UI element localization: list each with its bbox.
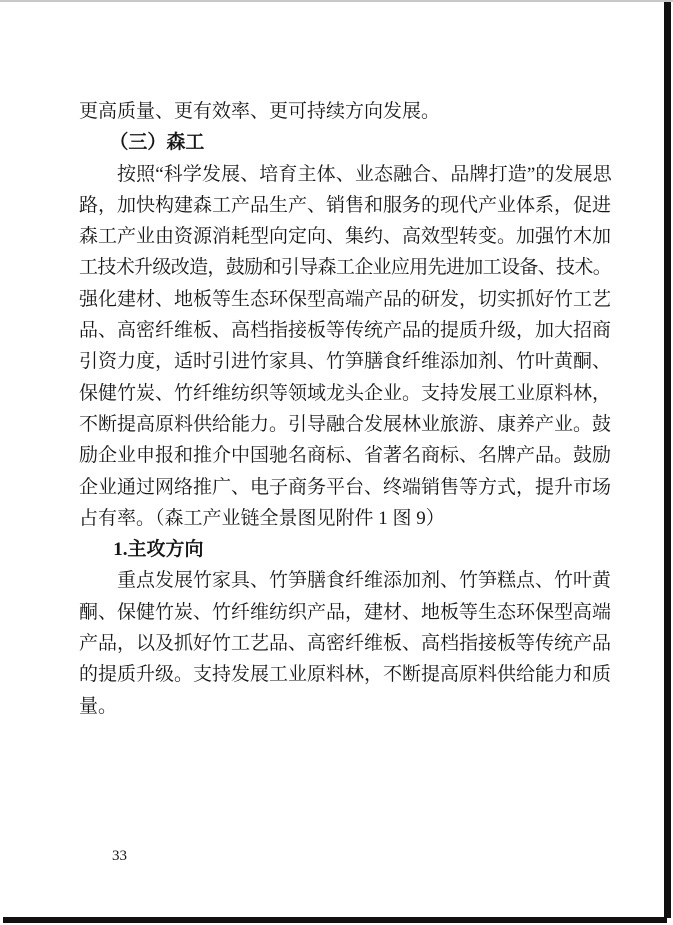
text-line: 强化建材、地板等生态环保型高端产品的研发，切实抓好竹工艺 — [79, 284, 611, 315]
scan-edge-right — [664, 2, 671, 918]
text-line: 保健竹炭、竹纤维纺织等领域龙头企业。支持发展工业原料林， — [79, 378, 611, 409]
page-number: 33 — [112, 846, 127, 866]
document-page: 更高质量、更有效率、更可持续方向发展。（三）森工按照“科学发展、培育主体、业态融… — [0, 0, 673, 925]
text-line: 更高质量、更有效率、更可持续方向发展。 — [79, 96, 611, 127]
text-block: 更高质量、更有效率、更可持续方向发展。（三）森工按照“科学发展、培育主体、业态融… — [79, 96, 611, 722]
text-line: 量。 — [79, 691, 611, 722]
scan-edge-top — [0, 0, 673, 2]
text-line: 工技术升级改造，鼓励和引导森工企业应用先进加工设备、技术。 — [79, 252, 611, 283]
scan-edge-bottom — [3, 917, 667, 923]
text-line: 引资力度，适时引进竹家具、竹笋膳食纤维添加剂、竹叶黄酮、 — [79, 346, 611, 377]
section-heading: （三）森工 — [79, 127, 611, 158]
text-line: 产品，以及抓好竹工艺品、高密纤维板、高档指接板等传统产品 — [79, 628, 611, 659]
text-line: 励企业申报和推介中国驰名商标、省著名商标、名牌产品。鼓励 — [79, 440, 611, 471]
section-heading: 1.主攻方向 — [79, 534, 611, 565]
text-line: 占有率。（森工产业链全景图见附件 1 图 9） — [79, 503, 611, 534]
text-line: 按照“科学发展、培育主体、业态融合、品牌打造”的发展思 — [79, 159, 611, 190]
text-line: 路，加快构建森工产品生产、销售和服务的现代产业体系，促进 — [79, 190, 611, 221]
text-line: 不断提高原料供给能力。引导融合发展林业旅游、康养产业。鼓 — [79, 409, 611, 440]
text-line: 的提质升级。支持发展工业原料林，不断提高原料供给能力和质 — [79, 659, 611, 690]
text-line: 重点发展竹家具、竹笋膳食纤维添加剂、竹笋糕点、竹叶黄 — [79, 565, 611, 596]
text-line: 企业通过网络推广、电子商务平台、终端销售等方式，提升市场 — [79, 472, 611, 503]
text-line: 酮、保健竹炭、竹纤维纺织产品，建材、地板等生态环保型高端 — [79, 597, 611, 628]
text-line: 森工产业由资源消耗型向定向、集约、高效型转变。加强竹木加 — [79, 221, 611, 252]
text-line: 品、高密纤维板、高档指接板等传统产品的提质升级，加大招商 — [79, 315, 611, 346]
